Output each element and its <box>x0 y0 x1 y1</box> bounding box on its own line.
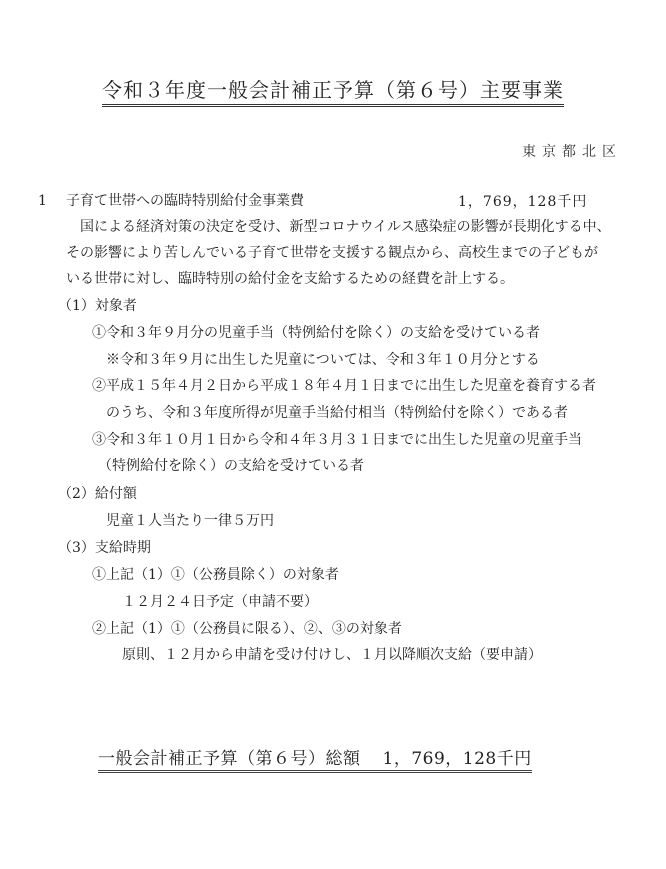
document-page: 令和３年度一般会計補正予算（第６号）主要事業 東京都北区 1 子育て世帯への臨時… <box>0 0 666 869</box>
document-title: 令和３年度一般会計補正予算（第６号）主要事業 <box>0 74 666 103</box>
recipients-note: ※令和３年９月に出生した児童については、令和３年１０月分とする <box>106 350 540 370</box>
item-amount: 1，769，128千円 <box>458 191 587 211</box>
timing-line-1-date: １２月２４日予定（申請不要） <box>122 592 318 612</box>
budget-total: 一般会計補正予算（第６号）総額1，769，128千円 <box>98 744 532 773</box>
item-name: 子育て世帯への臨時特別給付金事業費 <box>66 191 304 211</box>
recipients-line-3-cont: （特例給付を除く）の支給を受けている者 <box>98 456 364 476</box>
section-heading-benefit: （2）給付額 <box>58 484 137 504</box>
timing-line-2: ②上記（1）①（公務員に限る）、②、③の対象者 <box>92 619 402 639</box>
description-line-3: いる世帯に対し、臨時特別の給付金を支給するための経費を計上する。 <box>66 269 514 289</box>
section-heading-timing: （3）支給時期 <box>58 538 151 558</box>
timing-line-1: ①上記（1）①（公務員除く）の対象者 <box>92 565 339 585</box>
benefit-line-1: 児童１人当たり一律５万円 <box>106 511 274 531</box>
organization-name: 東京都北区 <box>522 141 622 161</box>
recipients-line-1: ①令和３年９月分の児童手当（特例給付を除く）の支給を受けている者 <box>92 323 540 343</box>
total-amount: 1，769，128千円 <box>383 749 532 769</box>
item-number: 1 <box>38 191 47 211</box>
recipients-line-2-cont: のうち、令和３年度所得が児童手当給付相当（特例給付を除く）である者 <box>106 403 568 423</box>
description-line-2: その影響により苦しんでいる子育て世帯を支援する観点から、高校生までの子どもが <box>66 243 598 263</box>
total-label: 一般会計補正予算（第６号）総額 <box>98 749 361 769</box>
recipients-line-2: ②平成１５年４月２日から平成１８年４月１日までに出生した児童を養育する者 <box>92 376 596 396</box>
description-line-1: 国による経済対策の決定を受け、新型コロナウイルス感染症の影響が長期化する中、 <box>80 217 611 237</box>
section-heading-recipients: （1）対象者 <box>58 296 137 316</box>
timing-line-2-detail: 原則、１２月から申請を受け付けし、１月以降順次支給（要申請） <box>122 645 542 665</box>
recipients-line-3: ③令和３年１０月１日から令和４年３月３１日までに出生した児童の児童手当 <box>92 430 582 450</box>
